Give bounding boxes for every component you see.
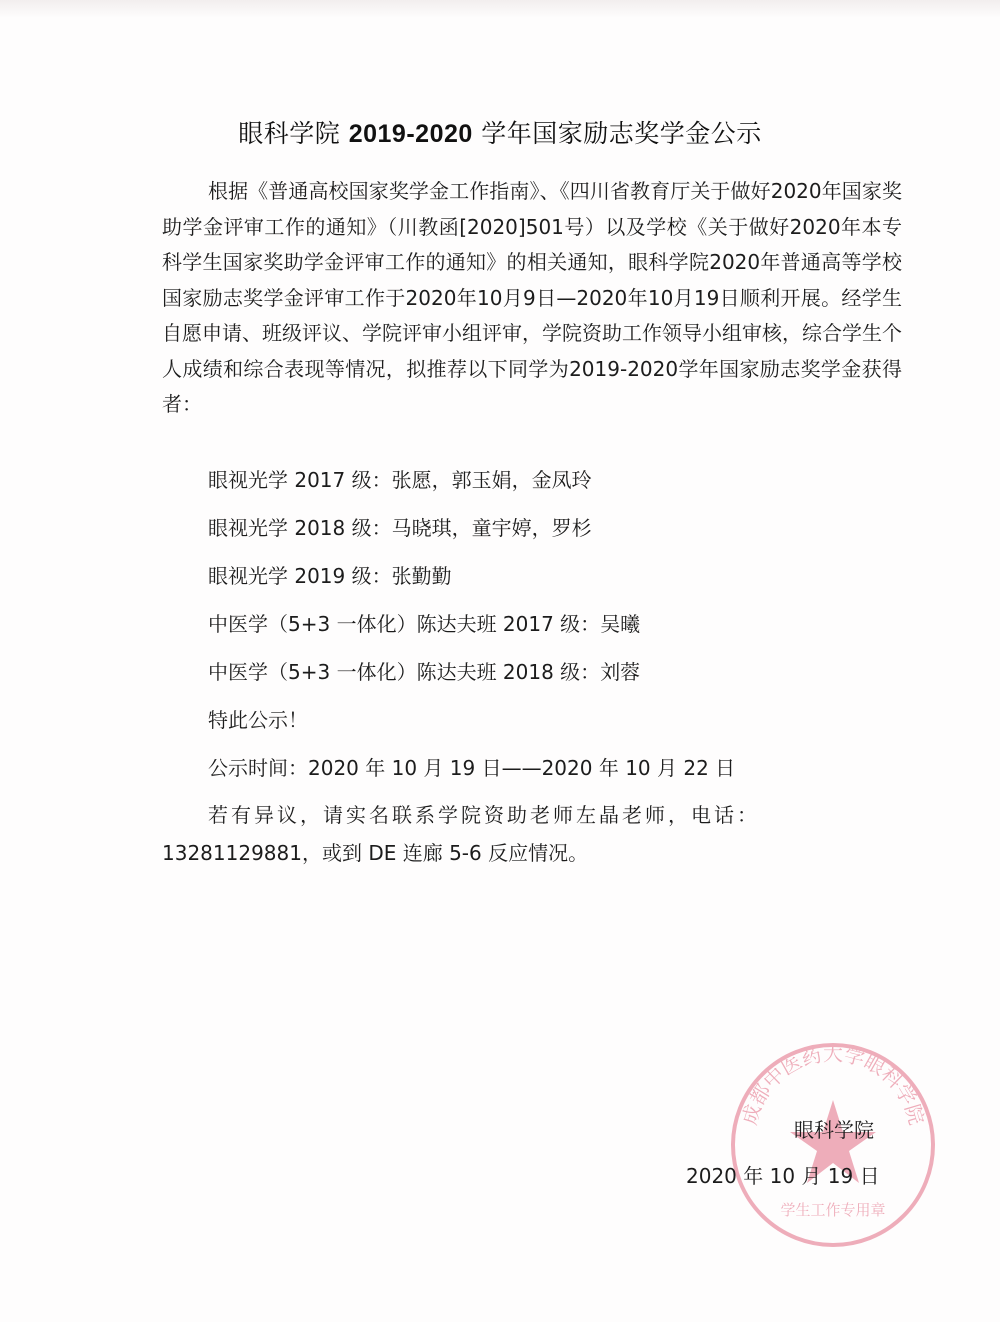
recipient-line: 中医学（5+3 一体化）陈达夫班 2018 级：刘蓉 [208, 656, 640, 685]
intro-paragraph: 根据《普通高校国家奖学金工作指南》、《四川省教育厅关于做好2020年国家奖助学金… [162, 174, 902, 423]
recipient-class: 眼视光学 2017 级： [208, 468, 392, 492]
recipient-names: 张勤勤 [392, 564, 452, 588]
publicity-period: 公示时间：2020 年 10 月 19 日——2020 年 10 月 22 日 [208, 752, 735, 781]
scanned-document-page: 眼科学院 2019-2020 学年国家励志奖学金公示 根据《普通高校国家奖学金工… [0, 0, 1000, 1322]
announcement-text: 特此公示！ [208, 704, 308, 733]
signature-date: 2020 年 10 月 19 日 [686, 1160, 880, 1189]
recipient-line: 眼视光学 2018 级：马晓琪，童宇婷，罗杉 [208, 512, 592, 541]
recipient-class: 眼视光学 2018 级： [208, 516, 392, 540]
recipient-line: 中医学（5+3 一体化）陈达夫班 2017 级：吴曦 [208, 608, 640, 637]
recipient-line: 眼视光学 2019 级：张勤勤 [208, 560, 452, 589]
recipient-names: 马晓琪，童宇婷，罗杉 [392, 516, 592, 540]
recipient-class: 眼视光学 2019 级： [208, 564, 392, 588]
recipient-names: 张愿，郭玉娟，金凤玲 [392, 468, 592, 492]
document-title: 眼科学院 2019-2020 学年国家励志奖学金公示 [0, 114, 1000, 150]
contact-line-2: 13281129881，或到 DE 连廊 5-6 反应情况。 [162, 834, 892, 872]
recipient-names: 吴曦 [600, 612, 640, 636]
title-suffix: 学年国家励志奖学金公示 [473, 119, 762, 148]
title-years: 2019-2020 [349, 120, 473, 148]
stamp-bottom-text: 学生工作专用章 [780, 1201, 885, 1219]
recipient-class: 中医学（5+3 一体化）陈达夫班 2018 级： [208, 660, 600, 684]
signature-organization: 眼科学院 [794, 1114, 874, 1143]
title-prefix: 眼科学院 [238, 119, 348, 148]
official-seal-stamp: 成都中医药大学眼科学院 学生工作专用章 [728, 1040, 938, 1250]
recipient-line: 眼视光学 2017 级：张愿，郭玉娟，金凤玲 [208, 464, 592, 493]
contact-line-1: 若有异议，请实名联系学院资助老师左晶老师，电话： [162, 796, 892, 834]
recipient-names: 刘蓉 [600, 660, 640, 684]
objection-contact: 若有异议，请实名联系学院资助老师左晶老师，电话： 13281129881，或到 … [162, 796, 892, 872]
recipient-class: 中医学（5+3 一体化）陈达夫班 2017 级： [208, 612, 600, 636]
